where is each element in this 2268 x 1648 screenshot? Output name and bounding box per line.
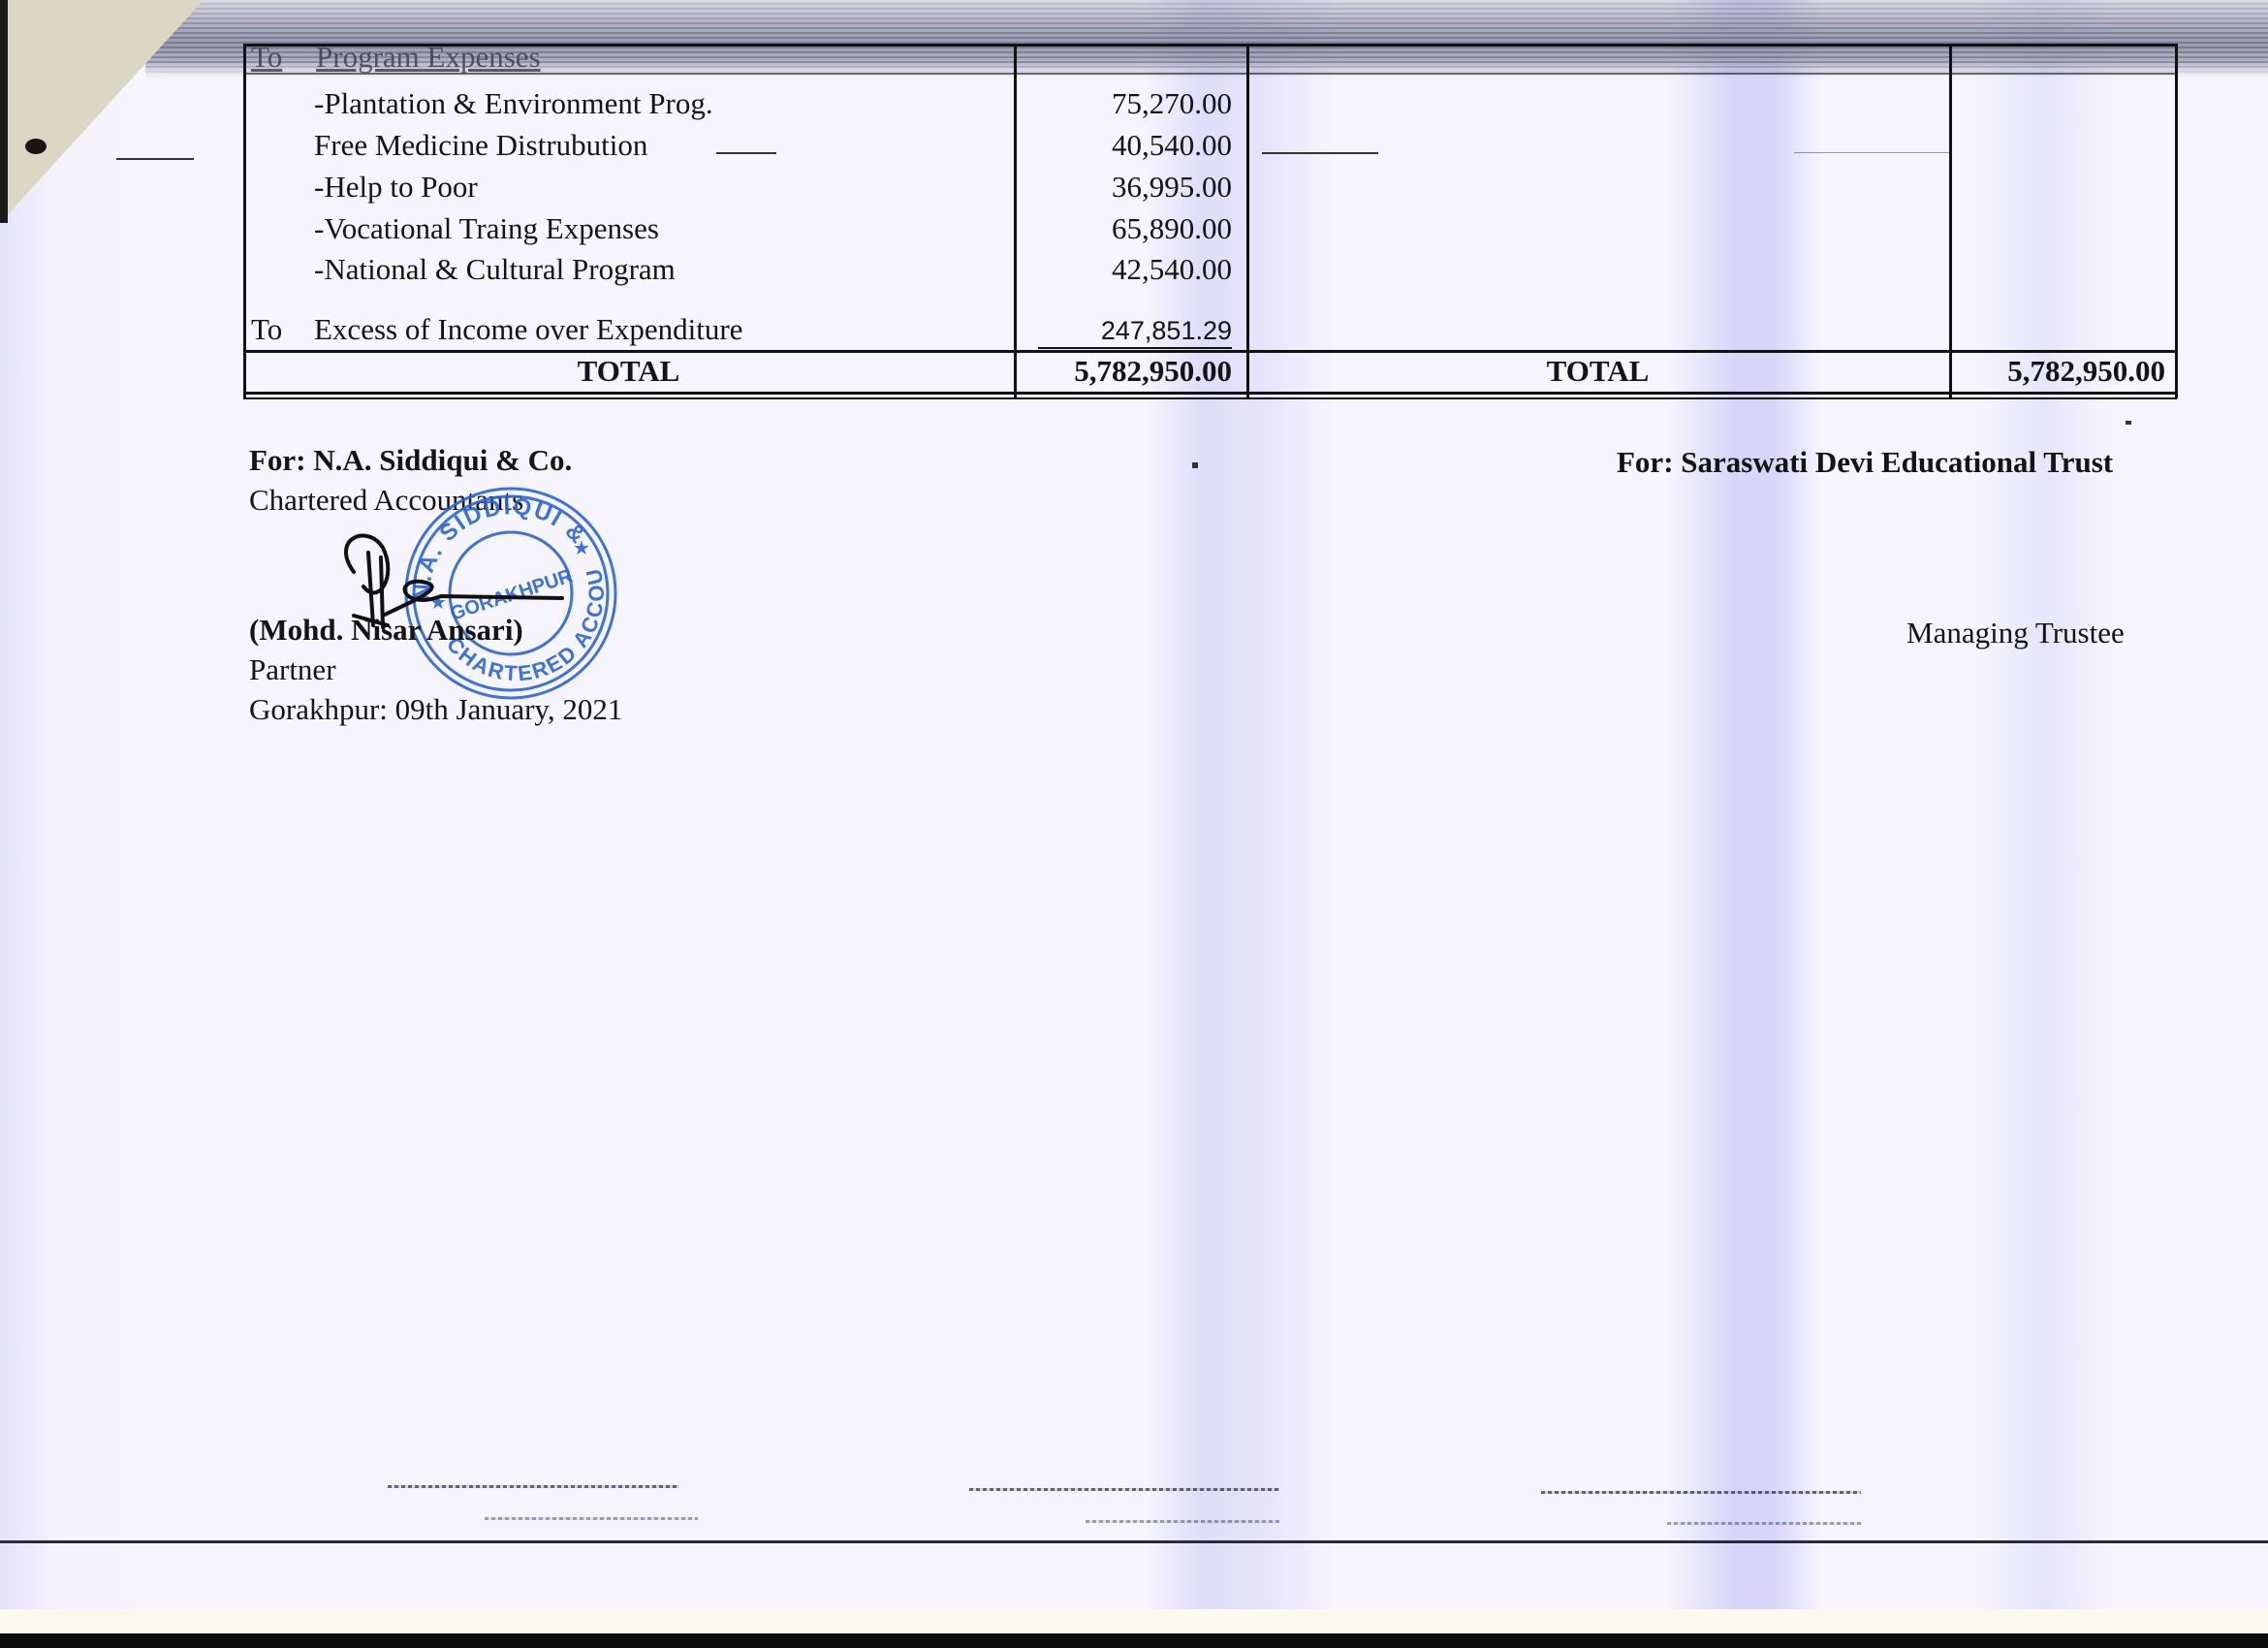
table-bottom-double-border [243,397,2177,399]
scan-streak [388,1485,678,1488]
stray-mark [1794,152,1949,153]
scan-streak [485,1517,698,1520]
item-amount: 75,270.00 [1014,86,1232,121]
section-prefix: To [251,40,282,75]
item-amount: 36,995.00 [1014,170,1232,205]
item-label: -Help to Poor [314,170,478,205]
excess-amount-value: 247,851.29 [1038,315,1232,349]
scan-streak [1086,1520,1279,1523]
section-heading: Program Expenses [316,40,541,75]
item-amount: 42,540.00 [1014,252,1232,287]
punch-hole-mark [25,139,47,154]
item-label: -National & Cultural Program [314,252,676,287]
dash-mark [2126,421,2131,425]
stray-underline [716,152,776,154]
item-label: Free Medicine Distrubution [314,128,647,163]
scan-streak [1541,1491,1861,1494]
auditor-firm-line: For: N.A. Siddiqui & Co. [249,442,572,479]
auditor-role: Partner [249,651,336,688]
left-total-label: TOTAL [243,354,1014,389]
column-divider [1246,44,1249,398]
excess-label: Excess of Income over Expenditure [314,312,742,347]
item-label: -Plantation & Environment Prog. [314,86,713,121]
table-left-border [243,44,246,398]
table-bottom-border [243,392,2177,395]
item-amount: 65,890.00 [1014,211,1232,246]
scan-bottom-border [0,1633,2268,1648]
excess-amount: 247,851.29 [1028,315,1232,349]
table-right-border [2175,44,2178,398]
income-expenditure-table: To Program Expenses -Plantation & Enviro… [243,44,2177,398]
scan-streak [1667,1522,1861,1525]
column-divider [1949,44,1952,398]
dash-mark [1192,462,1198,468]
stray-mark [116,158,194,160]
trust-for-line: For: Saraswati Devi Educational Trust [1617,444,2113,481]
auditor-place-date: Gorakhpur: 09th January, 2021 [249,691,622,728]
left-total-amount: 5,782,950.00 [1014,354,1232,389]
scan-bottom-edge [0,1609,2268,1633]
scan-streak [0,1540,2268,1543]
excess-prefix: To [251,312,282,347]
stray-mark [1262,152,1378,154]
trust-role: Managing Trustee [1906,615,2125,651]
scan-streak [969,1488,1279,1491]
total-row-top-border [243,350,2177,353]
scan-edge [0,0,8,223]
auditor-signatory: (Mohd. Nisar Ansari) [249,612,523,649]
item-amount: 40,540.00 [1014,128,1232,163]
item-label: -Vocational Traing Expenses [314,211,659,246]
right-total-label: TOTAL [1246,354,1949,389]
right-total-amount: 5,782,950.00 [1949,354,2165,389]
